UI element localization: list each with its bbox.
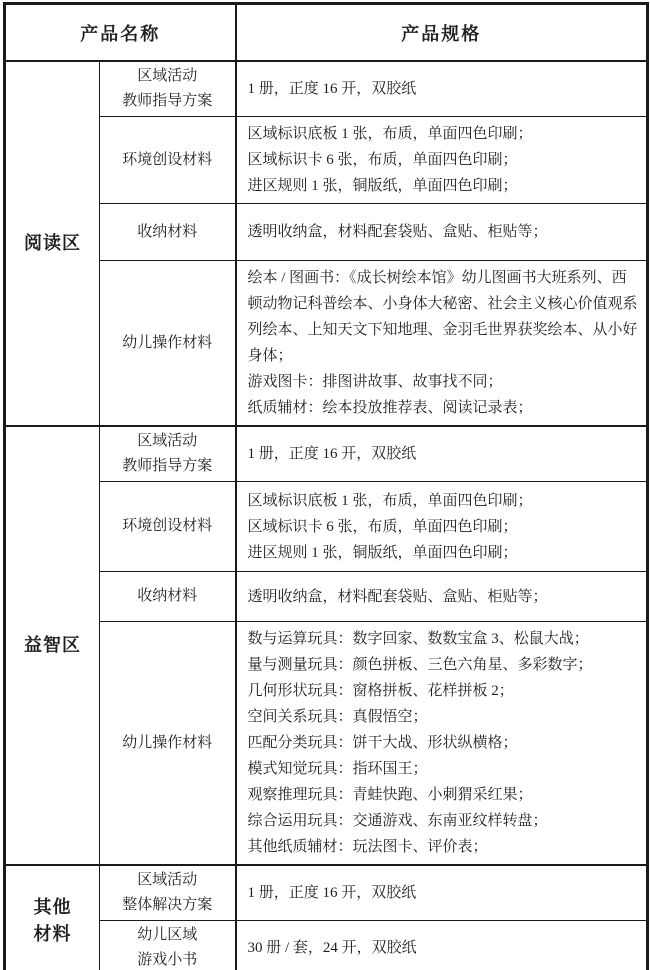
table-row: 环境创设材料区域标识底板 1 张，布质，单面四色印刷；区域标识卡 6 张，布质，… [5, 482, 648, 572]
material-label-cell: 环境创设材料 [100, 482, 236, 572]
spec-line: 几何形状玩具：窗格拼板、花样拼板 2； [248, 678, 639, 704]
spec-line: 区域标识底板 1 张，布质，单面四色印刷； [248, 121, 639, 147]
spec-line: 区域标识底板 1 张，布质，单面四色印刷； [248, 488, 639, 514]
spec-line: 进区规则 1 张，铜版纸，单面四色印刷； [248, 173, 639, 199]
header-product-name: 产品名称 [5, 4, 236, 62]
zone-name: 阅读区 [6, 230, 99, 257]
spec-line: 绘本 / 图画书：《成长树绘本馆》幼儿图画书大班系列、西顿动物记科普绘本、小身体… [248, 265, 639, 369]
material-label-cell: 幼儿区域游戏小书 [100, 921, 236, 970]
spec-line: 30 册 / 套，24 开，双胶纸 [248, 935, 639, 961]
zone-cell: 益智区 [5, 426, 100, 865]
spec-line: 1 册，正度 16 开，双胶纸 [248, 441, 639, 467]
spec-cell: 数与运算玩具：数字回家、数数宝盒 3、松鼠大战；量与测量玩具：颜色拼板、三色六角… [236, 622, 648, 866]
table-row: 幼儿区域游戏小书30 册 / 套，24 开，双胶纸 [5, 921, 648, 970]
table-row: 环境创设材料区域标识底板 1 张，布质，单面四色印刷；区域标识卡 6 张，布质，… [5, 117, 648, 204]
spec-line: 进区规则 1 张，铜版纸，单面四色印刷； [248, 540, 639, 566]
table-row: 益智区区域活动教师指导方案1 册，正度 16 开，双胶纸 [5, 426, 648, 482]
material-label-line: 收纳材料 [104, 220, 231, 245]
spec-line: 1 册，正度 16 开，双胶纸 [248, 880, 639, 906]
spec-line: 其他纸质辅材：玩法图卡、评价表； [248, 834, 639, 860]
spec-line: 透明收纳盒，材料配套袋贴、盒贴、柜贴等； [248, 219, 639, 245]
spec-cell: 绘本 / 图画书：《成长树绘本馆》幼儿图画书大班系列、西顿动物记科普绘本、小身体… [236, 261, 648, 427]
material-label-line: 教师指导方案 [104, 89, 231, 114]
table-row: 收纳材料透明收纳盒，材料配套袋贴、盒贴、柜贴等； [5, 204, 648, 261]
spec-line: 1 册，正度 16 开，双胶纸 [248, 76, 639, 102]
material-label-cell: 收纳材料 [100, 572, 236, 622]
material-label-line: 幼儿操作材料 [104, 331, 231, 356]
spec-cell: 透明收纳盒，材料配套袋贴、盒贴、柜贴等； [236, 572, 648, 622]
spec-line: 纸质辅材：绘本投放推荐表、阅读记录表； [248, 395, 639, 421]
spec-line: 空间关系玩具：真假悟空； [248, 704, 639, 730]
spec-line: 透明收纳盒，材料配套袋贴、盒贴、柜贴等； [248, 584, 639, 610]
table-row: 幼儿操作材料数与运算玩具：数字回家、数数宝盒 3、松鼠大战；量与测量玩具：颜色拼… [5, 622, 648, 866]
zone-cell: 其他材料 [5, 865, 100, 970]
material-label-cell: 区域活动整体解决方案 [100, 865, 236, 921]
table-row: 收纳材料透明收纳盒，材料配套袋贴、盒贴、柜贴等； [5, 572, 648, 622]
spec-line: 综合运用玩具：交通游戏、东南亚纹样转盘； [248, 808, 639, 834]
spec-line: 匹配分类玩具：饼干大战、形状纵横格； [248, 730, 639, 756]
spec-cell: 30 册 / 套，24 开，双胶纸 [236, 921, 648, 970]
header-product-spec: 产品规格 [236, 4, 648, 62]
material-label-cell: 收纳材料 [100, 204, 236, 261]
table-row: 阅读区区域活动教师指导方案1 册，正度 16 开，双胶纸 [5, 61, 648, 117]
spec-cell: 1 册，正度 16 开，双胶纸 [236, 426, 648, 482]
spec-cell: 区域标识底板 1 张，布质，单面四色印刷；区域标识卡 6 张，布质，单面四色印刷… [236, 117, 648, 204]
material-label-cell: 幼儿操作材料 [100, 261, 236, 427]
table-body: 阅读区区域活动教师指导方案1 册，正度 16 开，双胶纸环境创设材料区域标识底板… [5, 61, 648, 970]
product-spec-table: 产品名称 产品规格 阅读区区域活动教师指导方案1 册，正度 16 开，双胶纸环境… [3, 2, 649, 970]
material-label-line: 区域活动 [104, 868, 231, 893]
material-label-line: 收纳材料 [104, 584, 231, 609]
zone-cell: 阅读区 [5, 61, 100, 426]
spec-cell: 1 册，正度 16 开，双胶纸 [236, 61, 648, 117]
zone-name: 其他 [6, 894, 99, 921]
material-label-line: 环境创设材料 [104, 514, 231, 539]
spec-cell: 区域标识底板 1 张，布质，单面四色印刷；区域标识卡 6 张，布质，单面四色印刷… [236, 482, 648, 572]
material-label-cell: 幼儿操作材料 [100, 622, 236, 866]
material-label-cell: 区域活动教师指导方案 [100, 426, 236, 482]
spec-line: 区域标识卡 6 张，布质，单面四色印刷； [248, 514, 639, 540]
material-label-cell: 区域活动教师指导方案 [100, 61, 236, 117]
zone-name: 益智区 [6, 632, 99, 659]
header-row: 产品名称 产品规格 [5, 4, 648, 62]
material-label-line: 区域活动 [104, 64, 231, 89]
spec-line: 观察推理玩具：青蛙快跑、小刺猬采红果； [248, 782, 639, 808]
zone-name: 材料 [6, 921, 99, 948]
spec-line: 区域标识卡 6 张，布质，单面四色印刷； [248, 147, 639, 173]
material-label-line: 幼儿操作材料 [104, 731, 231, 756]
spec-line: 量与测量玩具：颜色拼板、三色六角星、多彩数字； [248, 652, 639, 678]
material-label-line: 环境创设材料 [104, 148, 231, 173]
material-label-cell: 环境创设材料 [100, 117, 236, 204]
material-label-line: 整体解决方案 [104, 893, 231, 918]
spec-cell: 透明收纳盒，材料配套袋贴、盒贴、柜贴等； [236, 204, 648, 261]
spec-line: 游戏图卡：排图讲故事、故事找不同； [248, 369, 639, 395]
material-label-line: 游戏小书 [104, 948, 231, 970]
table-row: 幼儿操作材料绘本 / 图画书：《成长树绘本馆》幼儿图画书大班系列、西顿动物记科普… [5, 261, 648, 427]
spec-line: 数与运算玩具：数字回家、数数宝盒 3、松鼠大战； [248, 626, 639, 652]
spec-cell: 1 册，正度 16 开，双胶纸 [236, 865, 648, 921]
material-label-line: 幼儿区域 [104, 923, 231, 948]
material-label-line: 教师指导方案 [104, 454, 231, 479]
material-label-line: 区域活动 [104, 429, 231, 454]
table-row: 其他材料区域活动整体解决方案1 册，正度 16 开，双胶纸 [5, 865, 648, 921]
spec-line: 模式知觉玩具：指环国王； [248, 756, 639, 782]
